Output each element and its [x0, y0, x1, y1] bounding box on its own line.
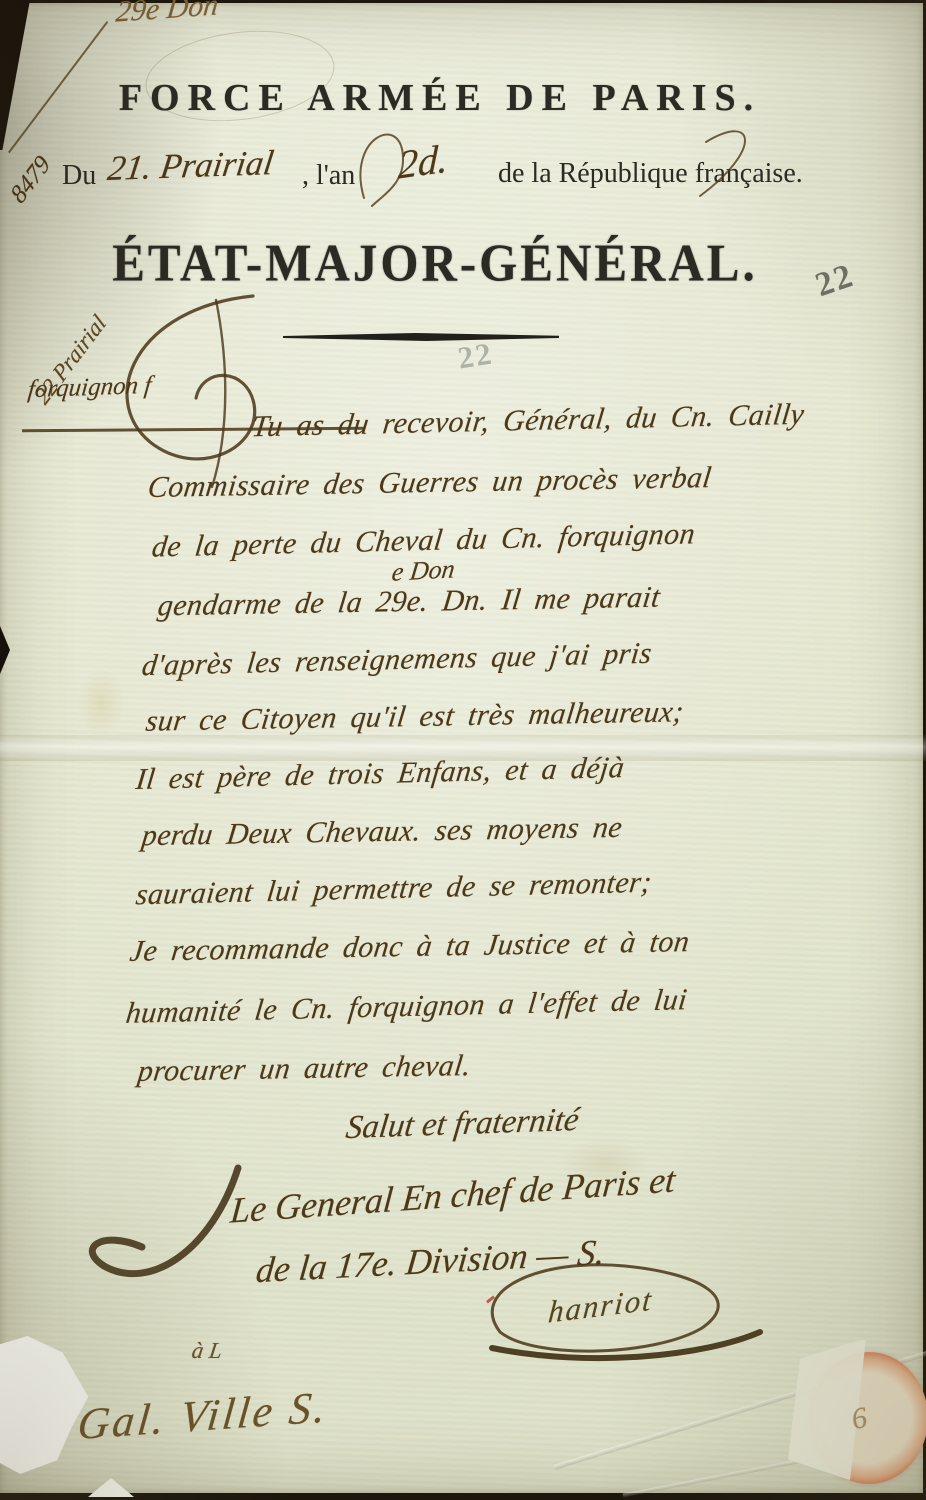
date-day-handwritten: 21. Prairial [105, 143, 276, 189]
letter-document: FORCE ARMÉE DE PARIS. Du 21. Prairial , … [0, 0, 926, 1500]
letterhead-office: ÉTAT-MAJOR-GÉNÉRAL. [0, 232, 870, 294]
date-prefix-printed: Du [62, 160, 96, 192]
date-suffix-printed: de la République française. [498, 158, 803, 190]
date-year-handwritten: 2d. [397, 134, 448, 189]
date-lan-printed: , l'an [302, 160, 355, 192]
letterhead-title: FORCE ARMÉE DE PARIS. [0, 76, 880, 120]
body-line-12: procurer un autre cheval. [136, 1049, 473, 1089]
interline-insertion-note: e Don [390, 554, 456, 588]
margin-subject-name: forquignon f [27, 372, 153, 404]
bottom-small-note: à L [190, 1338, 224, 1364]
registry-stamp-22-center: 22 [455, 335, 495, 376]
paper-stain [78, 668, 124, 738]
